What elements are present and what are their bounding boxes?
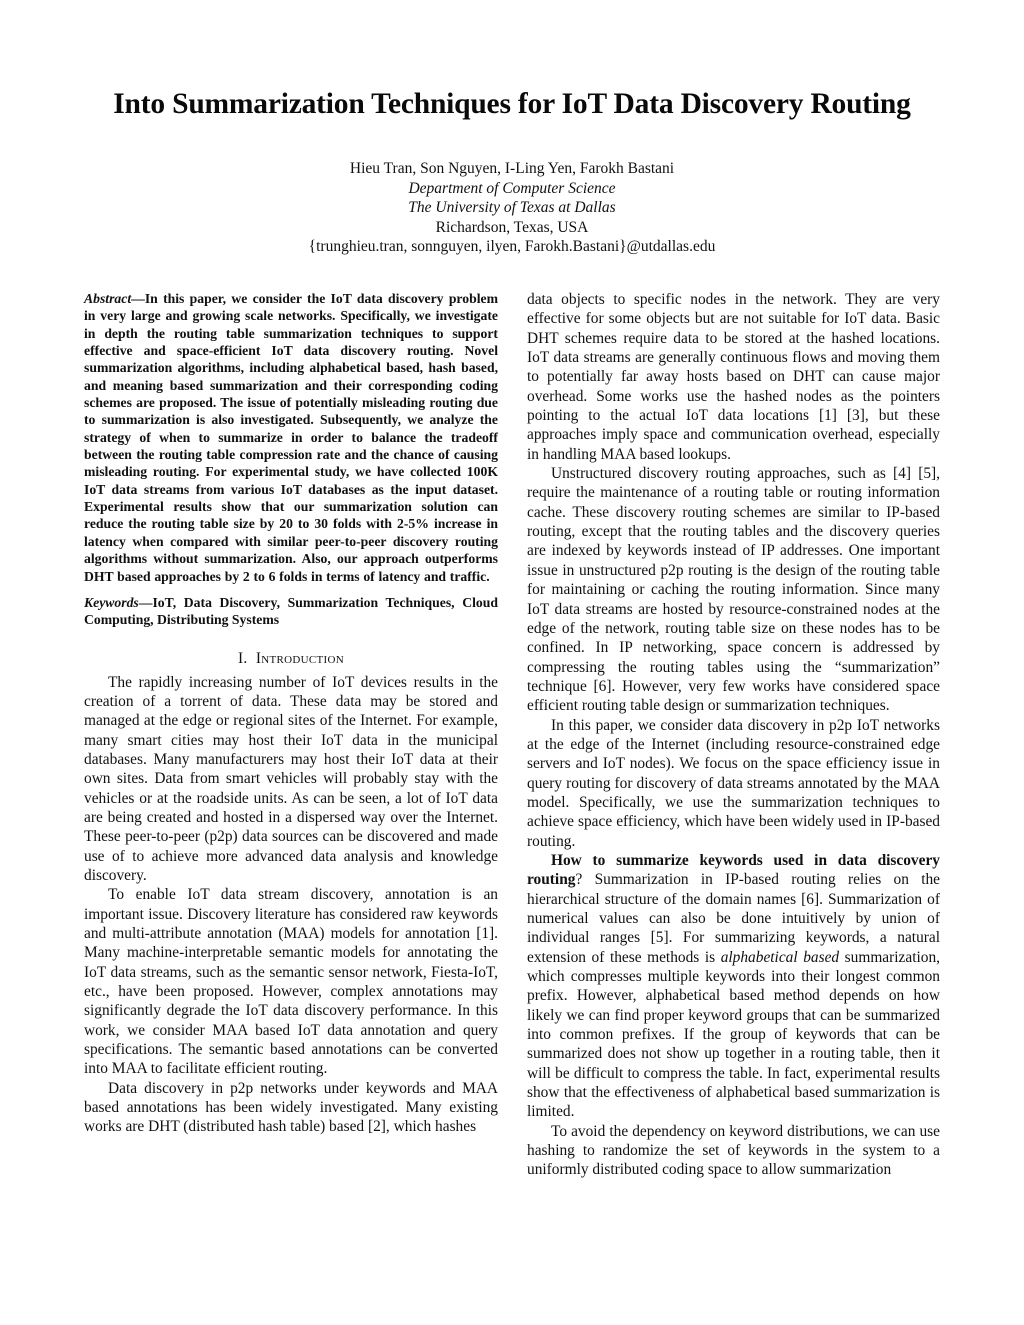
section-heading-introduction: I. Introduction (84, 649, 498, 669)
abstract: Abstract—In this paper, we consider the … (84, 290, 498, 585)
intro-paragraph-3: Data discovery in p2p networks under key… (84, 1079, 498, 1137)
left-column: Abstract—In this paper, we consider the … (84, 290, 498, 1137)
intro-paragraph-4: Unstructured discovery routing approache… (527, 464, 940, 715)
alphabetical-based-term: alphabetical based (721, 949, 839, 966)
intro-paragraph-7: To avoid the dependency on keyword distr… (527, 1122, 940, 1180)
author-names: Hieu Tran, Son Nguyen, I-Ling Yen, Farok… (200, 159, 824, 179)
intro-paragraph-6-part-b: summarization, which compresses multiple… (527, 949, 940, 1121)
intro-paragraph-5: In this paper, we consider data discover… (527, 716, 940, 851)
keywords-label: Keywords (84, 595, 139, 610)
author-department: Department of Computer Science (200, 179, 824, 199)
abstract-text: In this paper, we consider the IoT data … (84, 291, 498, 584)
intro-paragraph-6: How to summarize keywords used in data d… (527, 851, 940, 1122)
keywords-dash: — (139, 595, 153, 610)
keywords: Keywords—IoT, Data Discovery, Summarizat… (84, 594, 498, 629)
author-location: Richardson, Texas, USA (200, 218, 824, 238)
paper-page: Into Summarization Techniques for IoT Da… (0, 0, 1024, 1325)
author-block: Hieu Tran, Son Nguyen, I-Ling Yen, Farok… (200, 159, 824, 257)
intro-paragraph-1: The rapidly increasing number of IoT dev… (84, 673, 498, 886)
author-emails: {trunghieu.tran, sonnguyen, ilyen, Farok… (200, 237, 824, 257)
intro-paragraph-3-continued: data objects to specific nodes in the ne… (527, 290, 940, 464)
section-title: Introduction (256, 650, 344, 667)
abstract-label: Abstract (84, 291, 131, 306)
abstract-dash: — (131, 291, 145, 306)
intro-paragraph-2: To enable IoT data stream discovery, ann… (84, 885, 498, 1078)
author-university: The University of Texas at Dallas (200, 198, 824, 218)
paper-title: Into Summarization Techniques for IoT Da… (60, 88, 964, 121)
section-number: I. (238, 650, 248, 667)
right-column: data objects to specific nodes in the ne… (527, 290, 940, 1180)
